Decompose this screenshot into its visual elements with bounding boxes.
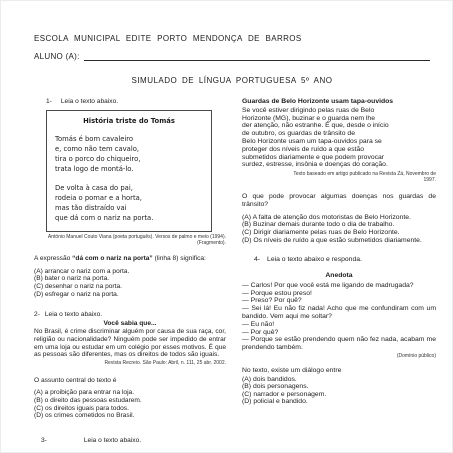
question3-instruction: 3- Leia o texto abaixo. [34, 437, 226, 445]
answer-option: (A) arrancar o nariz com a porta. [34, 268, 226, 276]
exam-title: SIMULADO DE LÍNGUA PORTUGUESA 5º ANO [34, 76, 430, 85]
news-text-line: submetidos diariamente e que podem provo… [242, 154, 436, 162]
anecdote-source-citation: (Domínio público) [242, 353, 436, 359]
poem-line: e, como não tem cavalo, [55, 144, 203, 154]
school-name: ESCOLA MUNICIPAL EDITE PORTO MENDONÇA DE… [34, 34, 430, 43]
question2-instruction-text: Leia o texto abaixo. [45, 311, 102, 319]
anecdote-title: Anedota [242, 272, 436, 280]
poem-source-citation: António Manuel Couto Viana (poeta portug… [34, 234, 226, 246]
answer-option: (A) dois bandidos. [242, 376, 436, 384]
student-name-blank-line [84, 52, 430, 61]
answer-option: (A) a proibição para entrar na loja. [34, 389, 226, 397]
news-text-line: proteger dos níveis de ruído a que estão [242, 146, 436, 154]
poem-title: História triste do Tomás [55, 118, 203, 126]
answer-option: (A) A falta de atenção dos motoristas de… [242, 214, 436, 222]
answer-option: (C) desenhar o nariz na porta. [34, 283, 226, 291]
news-text-line: Se você estiver dirigindo pelas ruas de … [242, 107, 436, 115]
anecdote-dialogue: — Carlos! Por que você está me ligando d… [242, 282, 436, 352]
answer-option: (C) os direitos iguais para todos. [34, 405, 226, 413]
poem-line: que dá com o nariz na porta. [55, 213, 203, 223]
answer-option: (B) Buzinar demais durante todo o dia de… [242, 221, 436, 229]
student-name-row: ALUNO (A): [34, 52, 430, 61]
question1-text-post: (linha 8) significa: [153, 255, 206, 262]
question2-text: O assunto central do texto é [34, 377, 226, 385]
poem-line: rodeia o pomar e a horta, [55, 193, 203, 203]
question1-text-pre: A expressão [34, 255, 72, 262]
exam-page: ESCOLA MUNICIPAL EDITE PORTO MENDONÇA DE… [0, 0, 453, 453]
text2-title: Você sabia que... [34, 320, 226, 328]
dialogue-line: — Porque estou preso! [242, 290, 436, 298]
answer-option: (B) o direito das pessoas estudarem. [34, 397, 226, 405]
page-header: ESCOLA MUNICIPAL EDITE PORTO MENDONÇA DE… [1, 1, 452, 85]
dialogue-line: — Preso? Por quê? [242, 297, 436, 305]
news-text-line: der atenção, não estranhe. É que, desde … [242, 122, 436, 130]
two-column-body: 1- Leia o texto abaixo. História triste … [1, 85, 452, 444]
poem-line: De volta à casa do pai, [55, 183, 203, 193]
news-text-title: Guardas de Belo Horizonte usam tapa-ouvi… [242, 98, 436, 106]
student-name-label: ALUNO (A): [34, 52, 80, 61]
question1-instruction: 1- Leia o texto abaixo. [34, 98, 226, 106]
question2-number: 2- [34, 311, 40, 319]
news-text-line: de outubro, os guardas de trânsito de [242, 130, 436, 138]
right-column: Guardas de Belo Horizonte usam tapa-ouvi… [242, 98, 436, 444]
text2-source-citation: Revista Recreio. São Paulo: Abril, n. 11… [34, 360, 226, 366]
question4-options: (A) dois bandidos.(B) dois personagens.(… [242, 376, 436, 406]
poem-line: tira o porco do chiqueiro, [55, 154, 203, 164]
dialogue-line: — Por quê? [242, 329, 436, 337]
dialogue-line: — Carlos! Por que você está me ligando d… [242, 282, 436, 290]
answer-option: (C) narrador e personagem. [242, 391, 436, 399]
question1-instruction-text: Leia o texto abaixo. [61, 98, 118, 106]
poem-stanza-1: Tomás é bom cavaleiroe, como não tem cav… [55, 134, 203, 174]
poem-stanza-2: De volta à casa do pai,rodeia o pomar e … [55, 183, 203, 223]
news-text-body: Se você estiver dirigindo pelas ruas de … [242, 107, 436, 169]
news-text-line: Belo Horizonte usam um tapa-ouvidos para… [242, 138, 436, 146]
text2-body: No Brasil, é crime discriminar alguém po… [34, 328, 226, 358]
dialogue-line: — Eu não! [242, 321, 436, 329]
question4-instruction: 4- Leia o texto abaixo e responda. [242, 256, 436, 264]
answer-option: (D) esfregar o nariz na porta. [34, 291, 226, 299]
poem-line: Tomás é bom cavaleiro [55, 134, 203, 144]
question3-instruction-text: Leia o texto abaixo. [84, 437, 141, 445]
question2-options: (A) a proibição para entrar na loja.(B) … [34, 389, 226, 419]
answer-option: (B) dois personagens. [242, 383, 436, 391]
news-text-line: surdez, estresse, insônia e doenças do c… [242, 161, 436, 169]
question4-text: No texto, existe um diálogo entre [242, 367, 436, 375]
news-source-citation: Texto baseado em artigo publicado na Rev… [280, 171, 436, 183]
question4-instruction-text: Leia o texto abaixo e responda. [267, 256, 362, 264]
answer-option: (D) policial e bandido. [242, 398, 436, 406]
question1-quoted-expression: “dá com o nariz na porta” [72, 255, 153, 262]
question2-instruction: 2- Leia o texto abaixo. [34, 311, 226, 319]
question1-text: A expressão “dá com o nariz na porta” (l… [34, 255, 226, 263]
question1-options: (A) arrancar o nariz com a porta.(B) bat… [34, 268, 226, 298]
question1-number: 1- [46, 98, 52, 106]
answer-option: (D) os crimes cometidos no Brasil. [34, 412, 226, 420]
dialogue-line: — Sei lá! Eu não fiz nada! Acho que me c… [242, 305, 436, 321]
left-column: 1- Leia o texto abaixo. História triste … [34, 98, 226, 444]
news-question-text: O que pode provocar algumas doenças nos … [242, 193, 436, 209]
poem-line: trata logo de montá-lo. [55, 164, 203, 174]
answer-option: (B) bater o nariz na porta. [34, 275, 226, 283]
question3-number: 3- [41, 437, 47, 445]
poem-line: mas tão distraído vai [55, 203, 203, 213]
news-question-options: (A) A falta de atenção dos motoristas de… [242, 214, 436, 244]
answer-option: (C) Dirigir diariamente pelas ruas de Be… [242, 229, 436, 237]
question4-number: 4- [254, 256, 260, 264]
answer-option: (D) Os níveis de ruído a que estão subme… [242, 237, 436, 245]
poem-box: História triste do Tomás Tomás é bom cav… [46, 110, 212, 233]
dialogue-line: — Porque se estão prendendo quem não fez… [242, 336, 436, 352]
